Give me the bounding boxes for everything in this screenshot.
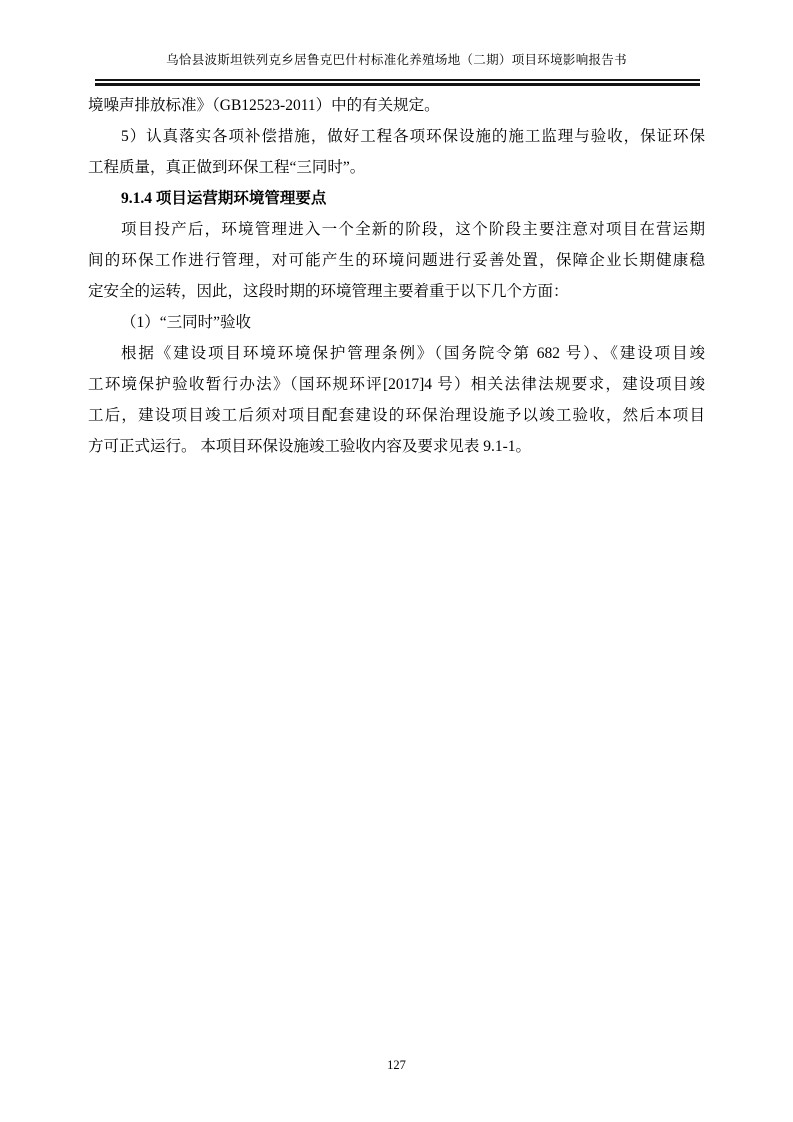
text-line-acceptance-1: 根据《建设项目环境环境保护管理条例》（国务院令第 682 号）、《建设项目竣 (88, 338, 705, 369)
text-line-acceptance-3: 工后，建设项目竣工后须对项目配套建设的环保治理设施予以竣工验收，然后本项目 (88, 400, 705, 431)
text-line-operation-2: 间的环保工作进行管理，对可能产生的环境问题进行妥善处置，保障企业长期健康稳 (88, 245, 705, 276)
text-line-item5-1: 5）认真落实各项补偿措施，做好工程各项环保设施的施工监理与验收，保证环保 (88, 121, 705, 152)
text-line-intro-tail: 境噪声排放标准》（GB12523-2011）中的有关规定。 (88, 90, 705, 121)
text-line-operation-1: 项目投产后，环境管理进入一个全新的阶段，这个阶段主要注意对项目在营运期 (88, 214, 705, 245)
report-header-title: 乌恰县波斯坦铁列克乡居鲁克巴什村标准化养殖场地（二期）项目环境影响报告书 (0, 52, 793, 68)
text-line-operation-3: 定安全的运转，因此，这段时期的环境管理主要着重于以下几个方面： (88, 276, 705, 307)
text-line-acceptance-2: 工环境保护验收暂行办法》（国环规环评[2017]4 号）相关法律法规要求，建设项… (88, 369, 705, 400)
section-heading-914: 9.1.4 项目运营期环境管理要点 (88, 183, 705, 214)
page-body: 境噪声排放标准》（GB12523-2011）中的有关规定。 5）认真落实各项补偿… (88, 90, 705, 462)
subitem-heading-three-simultaneous: （1）“三同时”验收 (88, 307, 705, 338)
header-divider-rule (95, 79, 700, 86)
page-footer: 127 (0, 1056, 793, 1074)
text-line-acceptance-4: 方可正式运行。 本项目环保设施竣工验收内容及要求见表 9.1-1。 (88, 431, 705, 462)
text-line-item5-2: 工程质量，真正做到环保工程“三同时”。 (88, 152, 705, 183)
document-page: 乌恰县波斯坦铁列克乡居鲁克巴什村标准化养殖场地（二期）项目环境影响报告书 境噪声… (0, 0, 793, 1122)
page-header: 乌恰县波斯坦铁列克乡居鲁克巴什村标准化养殖场地（二期）项目环境影响报告书 (0, 0, 793, 90)
page-number: 127 (387, 1058, 406, 1072)
